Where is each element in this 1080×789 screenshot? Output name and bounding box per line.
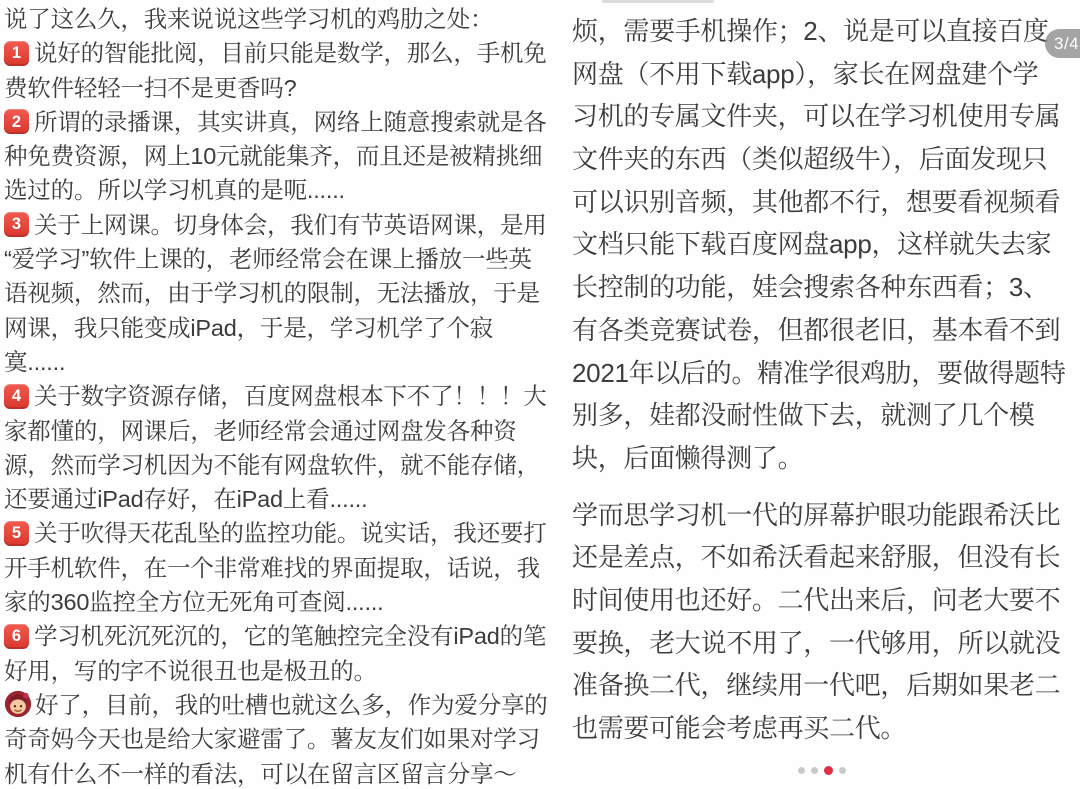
text-line: 4关于数字资源存储，百度网盘根本下不了！！！大 <box>4 379 558 413</box>
text-line: 说了这么久，我来说说这些学习机的鸡肋之处： <box>4 2 558 36</box>
keycap-3-icon: 3 <box>4 212 29 237</box>
left-text-column: 说了这么久，我来说说这些学习机的鸡肋之处：1说好的智能批阅，目前只能是数学，那么… <box>4 2 558 789</box>
line-text: 奇奇妈今天也是给大家避雷了。薯友友们如果对学习 <box>4 726 540 752</box>
line-text: 说了这么久，我来说说这些学习机的鸡肋之处： <box>4 6 493 32</box>
text-line: 习机的专属文件夹，可以在学习机使用专属 <box>572 95 1074 138</box>
text-line: 1说好的智能批阅，目前只能是数学，那么，手机免 <box>4 36 558 70</box>
text-line: 费软件轻轻一扫不是更香吗? <box>4 71 558 105</box>
text-line: 家都懂的，网课后，老师经常会通过网盘发各种资 <box>4 414 558 448</box>
text-line: “爱学习”软件上课的，老师经常会在课上播放一些英 <box>4 242 558 276</box>
carousel-image-page: 说了这么久，我来说说这些学习机的鸡肋之处：1说好的智能批阅，目前只能是数学，那么… <box>0 0 1080 789</box>
line-text: “爱学习”软件上课的，老师经常会在课上播放一些英 <box>4 246 532 272</box>
carousel-dot-4[interactable] <box>839 767 846 774</box>
keycap-2-icon: 2 <box>4 109 29 134</box>
text-line: 要换，老大说不用了，一代够用，所以就没 <box>572 622 1074 665</box>
line-text: 关于上网课。切身体会，我们有节英语网课，是用 <box>34 212 547 238</box>
line-text: 语视频，然而，由于学习机的限制，无法播放，于是 <box>4 280 540 306</box>
text-line: 还要通过iPad存好，在iPad上看...... <box>4 482 558 516</box>
text-line: 机有什么不一样的看法，可以在留言区留言分享～ <box>4 757 558 789</box>
line-text: 开手机软件，在一个非常难找的界面提取，话说，我 <box>4 555 540 581</box>
paragraph: 学而思学习机一代的屏幕护眼功能跟希沃比还是差点，不如希沃看起来舒服，但没有长时间… <box>572 494 1074 750</box>
line-text: 种免费资源，网上10元就能集齐，而且还是被精挑细 <box>4 143 542 169</box>
text-line: 好了，目前，我的吐槽也就这么多，作为爱分享的 <box>4 688 558 722</box>
text-line: 烦，需要手机操作；2、说是可以直接百度 <box>572 10 1074 53</box>
text-line: 网课，我只能变成iPad，于是，学习机学了个寂 <box>4 311 558 345</box>
line-text: 机有什么不一样的看法，可以在留言区留言分享～ <box>4 761 517 787</box>
text-line: 3关于上网课。切身体会，我们有节英语网课，是用 <box>4 208 558 242</box>
text-line: 6学习机死沉死沉的，它的笔触控完全没有iPad的笔 <box>4 619 558 653</box>
keycap-4-icon: 4 <box>4 384 29 409</box>
line-text: 寞...... <box>4 349 65 375</box>
girl-emoji-icon <box>4 690 32 718</box>
text-line: 家的360监控全方位无死角可查阅...... <box>4 585 558 619</box>
text-line: 源，然而学习机因为不能有网盘软件，就不能存储， <box>4 448 558 482</box>
line-text: 所谓的录播课，其实讲真，网络上随意搜索就是各 <box>34 109 547 135</box>
text-line: 可以识别音频，其他都不行，想要看视频看 <box>572 181 1074 224</box>
text-line: 有各类竞赛试卷，但都很老旧，基本看不到 <box>572 309 1074 352</box>
text-line: 奇奇妈今天也是给大家避雷了。薯友友们如果对学习 <box>4 722 558 756</box>
cropped-text-artifact <box>602 0 714 3</box>
page-indicator-badge: 3/4 <box>1045 29 1080 58</box>
carousel-dots[interactable] <box>798 766 846 775</box>
text-line: 2021年以后的。精准学很鸡肋，要做得题特 <box>572 352 1074 395</box>
text-line: 学而思学习机一代的屏幕护眼功能跟希沃比 <box>572 494 1074 537</box>
line-text: 学习机死沉死沉的，它的笔触控完全没有iPad的笔 <box>34 623 546 649</box>
carousel-dot-1[interactable] <box>798 767 805 774</box>
text-line: 还是差点，不如希沃看起来舒服，但没有长 <box>572 536 1074 579</box>
text-line: 时间使用也还好。二代出来后，问老大要不 <box>572 579 1074 622</box>
text-line: 语视频，然而，由于学习机的限制，无法播放，于是 <box>4 276 558 310</box>
line-text: 选过的。所以学习机真的是呃...... <box>4 177 345 203</box>
line-text: 家都懂的，网课后，老师经常会通过网盘发各种资 <box>4 418 517 444</box>
paragraph: 烦，需要手机操作；2、说是可以直接百度网盘（不用下载app），家长在网盘建个学习… <box>572 10 1074 480</box>
text-line: 别多，娃都没耐性做下去，就测了几个模 <box>572 394 1074 437</box>
text-line: 种免费资源，网上10元就能集齐，而且还是被精挑细 <box>4 139 558 173</box>
line-text: 源，然而学习机因为不能有网盘软件，就不能存储， <box>4 452 540 478</box>
carousel-dot-2[interactable] <box>811 767 818 774</box>
keycap-5-icon: 5 <box>4 521 29 546</box>
line-text: 费软件轻轻一扫不是更香吗? <box>4 75 296 101</box>
text-line: 网盘（不用下载app），家长在网盘建个学 <box>572 53 1074 96</box>
text-line: 开手机软件，在一个非常难找的界面提取，话说，我 <box>4 551 558 585</box>
line-text: 网课，我只能变成iPad，于是，学习机学了个寂 <box>4 315 493 341</box>
line-text: 还要通过iPad存好，在iPad上看...... <box>4 486 367 512</box>
text-line: 块，后面懒得测了。 <box>572 437 1074 480</box>
right-text-column: 烦，需要手机操作；2、说是可以直接百度网盘（不用下载app），家长在网盘建个学习… <box>572 10 1074 750</box>
text-line: 准备换二代，继续用一代吧，后期如果老二 <box>572 664 1074 707</box>
keycap-1-icon: 1 <box>4 41 29 66</box>
text-line: 2所谓的录播课，其实讲真，网络上随意搜索就是各 <box>4 105 558 139</box>
line-text: 关于数字资源存储，百度网盘根本下不了！！！大 <box>34 383 547 409</box>
line-text: 家的360监控全方位无死角可查阅...... <box>4 589 383 615</box>
text-line: 也需要可能会考虑再买二代。 <box>572 707 1074 750</box>
text-line: 长控制的功能，娃会搜索各种东西看；3、 <box>572 266 1074 309</box>
line-text: 关于吹得天花乱坠的监控功能。说实话，我还要打 <box>34 520 547 546</box>
text-line: 选过的。所以学习机真的是呃...... <box>4 173 558 207</box>
text-line: 文件夹的东西（类似超级牛），后面发现只 <box>572 138 1074 181</box>
text-line: 好用，写的字不说很丑也是极丑的。 <box>4 654 558 688</box>
text-line: 文档只能下载百度网盘app，这样就失去家 <box>572 223 1074 266</box>
text-line: 寞...... <box>4 345 558 379</box>
text-line: 5关于吹得天花乱坠的监控功能。说实话，我还要打 <box>4 516 558 550</box>
line-text: 好了，目前，我的吐槽也就这么多，作为爱分享的 <box>35 692 548 718</box>
carousel-dot-3-active[interactable] <box>824 766 833 775</box>
line-text: 说好的智能批阅，目前只能是数学，那么，手机免 <box>34 40 547 66</box>
line-text: 好用，写的字不说很丑也是极丑的。 <box>4 658 377 684</box>
keycap-6-icon: 6 <box>4 624 29 649</box>
